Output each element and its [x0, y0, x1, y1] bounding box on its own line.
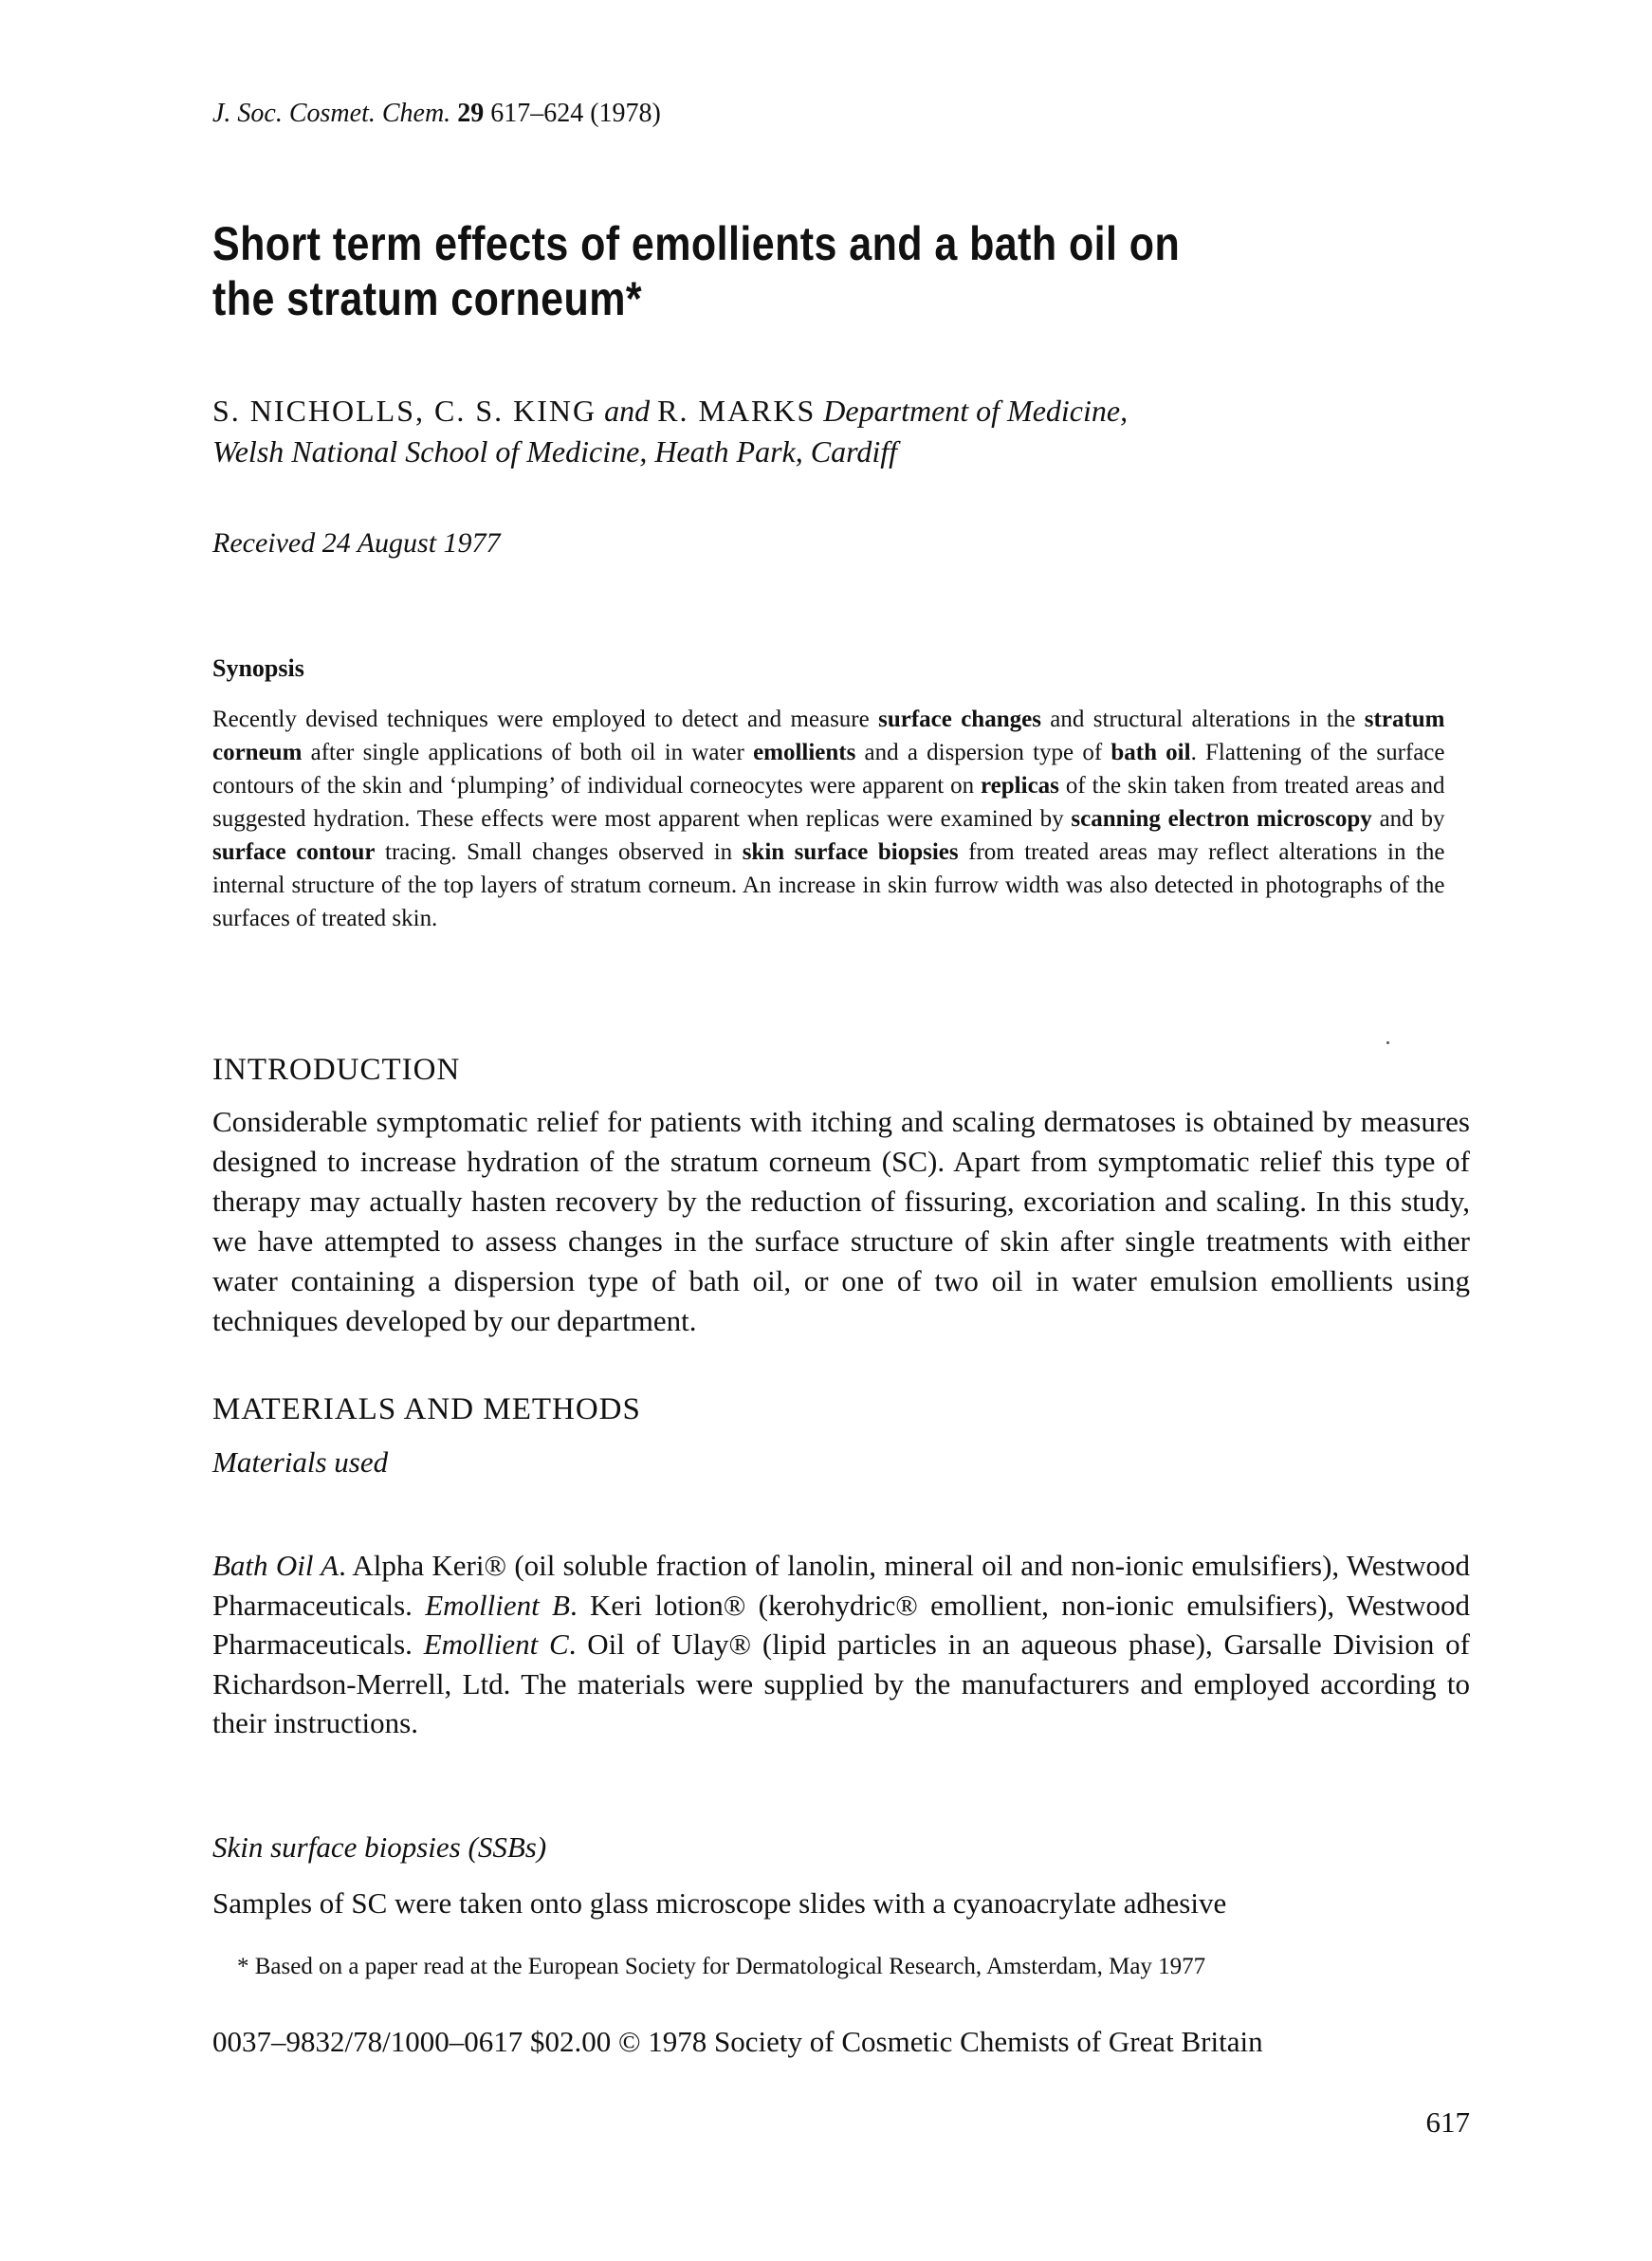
synopsis-text: and by [1372, 804, 1445, 832]
keyword: scanning electron microscopy [1071, 804, 1371, 832]
journal-citation: J. Soc. Cosmet. Chem. 29 617–624 (1978) [212, 99, 661, 129]
material-label: Emollient B [425, 1589, 570, 1622]
keyword: emollients [753, 738, 855, 765]
received-date: Received 24 August 1977 [212, 527, 501, 560]
material-label: Emollient C [424, 1627, 569, 1661]
keyword: bath oil [1111, 738, 1190, 765]
keyword: surface contour [212, 837, 376, 865]
ssb-subheading: Skin surface biopsies (SSBs) [212, 1830, 546, 1865]
authors-and: and [604, 394, 650, 428]
journal-pages: 617–624 [490, 99, 583, 128]
title-line-1: Short term effects of emollients and a b… [212, 216, 1313, 271]
introduction-heading: INTRODUCTION [212, 1053, 460, 1088]
keyword: replicas [981, 771, 1059, 799]
synopsis-heading: Synopsis [212, 654, 304, 683]
materials-subheading: Materials used [212, 1445, 388, 1480]
synopsis-text: and structural alterations in the [1041, 705, 1365, 732]
synopsis-text: tracing. Small changes observed in [376, 837, 743, 865]
affiliation-line-2: Welsh National School of Medicine, Heath… [212, 434, 897, 469]
material-label: Bath Oil A [212, 1549, 339, 1582]
synopsis-text: and a dispersion type of [855, 738, 1111, 765]
footnote: * Based on a paper read at the European … [212, 1946, 1470, 1988]
journal-year: (1978) [590, 99, 661, 128]
materials-body: Bath Oil A. Alpha Keri® (oil soluble fra… [212, 1546, 1470, 1743]
introduction-body: Considerable symptomatic relief for pati… [212, 1102, 1470, 1341]
article-title: Short term effects of emollients and a b… [212, 216, 1313, 326]
synopsis-body: Recently devised techniques were employe… [212, 702, 1444, 934]
synopsis-text: Recently devised techniques were employe… [212, 705, 878, 732]
authors-last: R. MARKS [657, 394, 816, 428]
scan-speck [1386, 1041, 1389, 1044]
synopsis-text: after single applications of both oil in… [302, 738, 753, 765]
methods-heading: MATERIALS AND METHODS [212, 1392, 641, 1427]
authors-first: S. NICHOLLS, C. S. KING [212, 394, 597, 428]
journal-name: J. Soc. Cosmet. Chem. [212, 99, 450, 128]
page-number: 617 [1413, 2105, 1470, 2140]
author-block: S. NICHOLLS, C. S. KING and R. MARKS Dep… [212, 391, 1455, 472]
copyright-line: 0037–9832/78/1000–0617 $02.00 © 1978 Soc… [212, 2025, 1474, 2059]
paper-page: J. Soc. Cosmet. Chem. 29 617–624 (1978) … [0, 0, 1652, 2261]
affiliation-line-1: Department of Medicine, [823, 394, 1128, 428]
title-line-2: the stratum corneum* [212, 271, 1313, 326]
ssb-body: Samples of SC were taken onto glass micr… [212, 1884, 1470, 1923]
keyword: skin surface biopsies [743, 837, 959, 865]
keyword: surface changes [878, 705, 1041, 732]
journal-volume: 29 [457, 99, 484, 128]
